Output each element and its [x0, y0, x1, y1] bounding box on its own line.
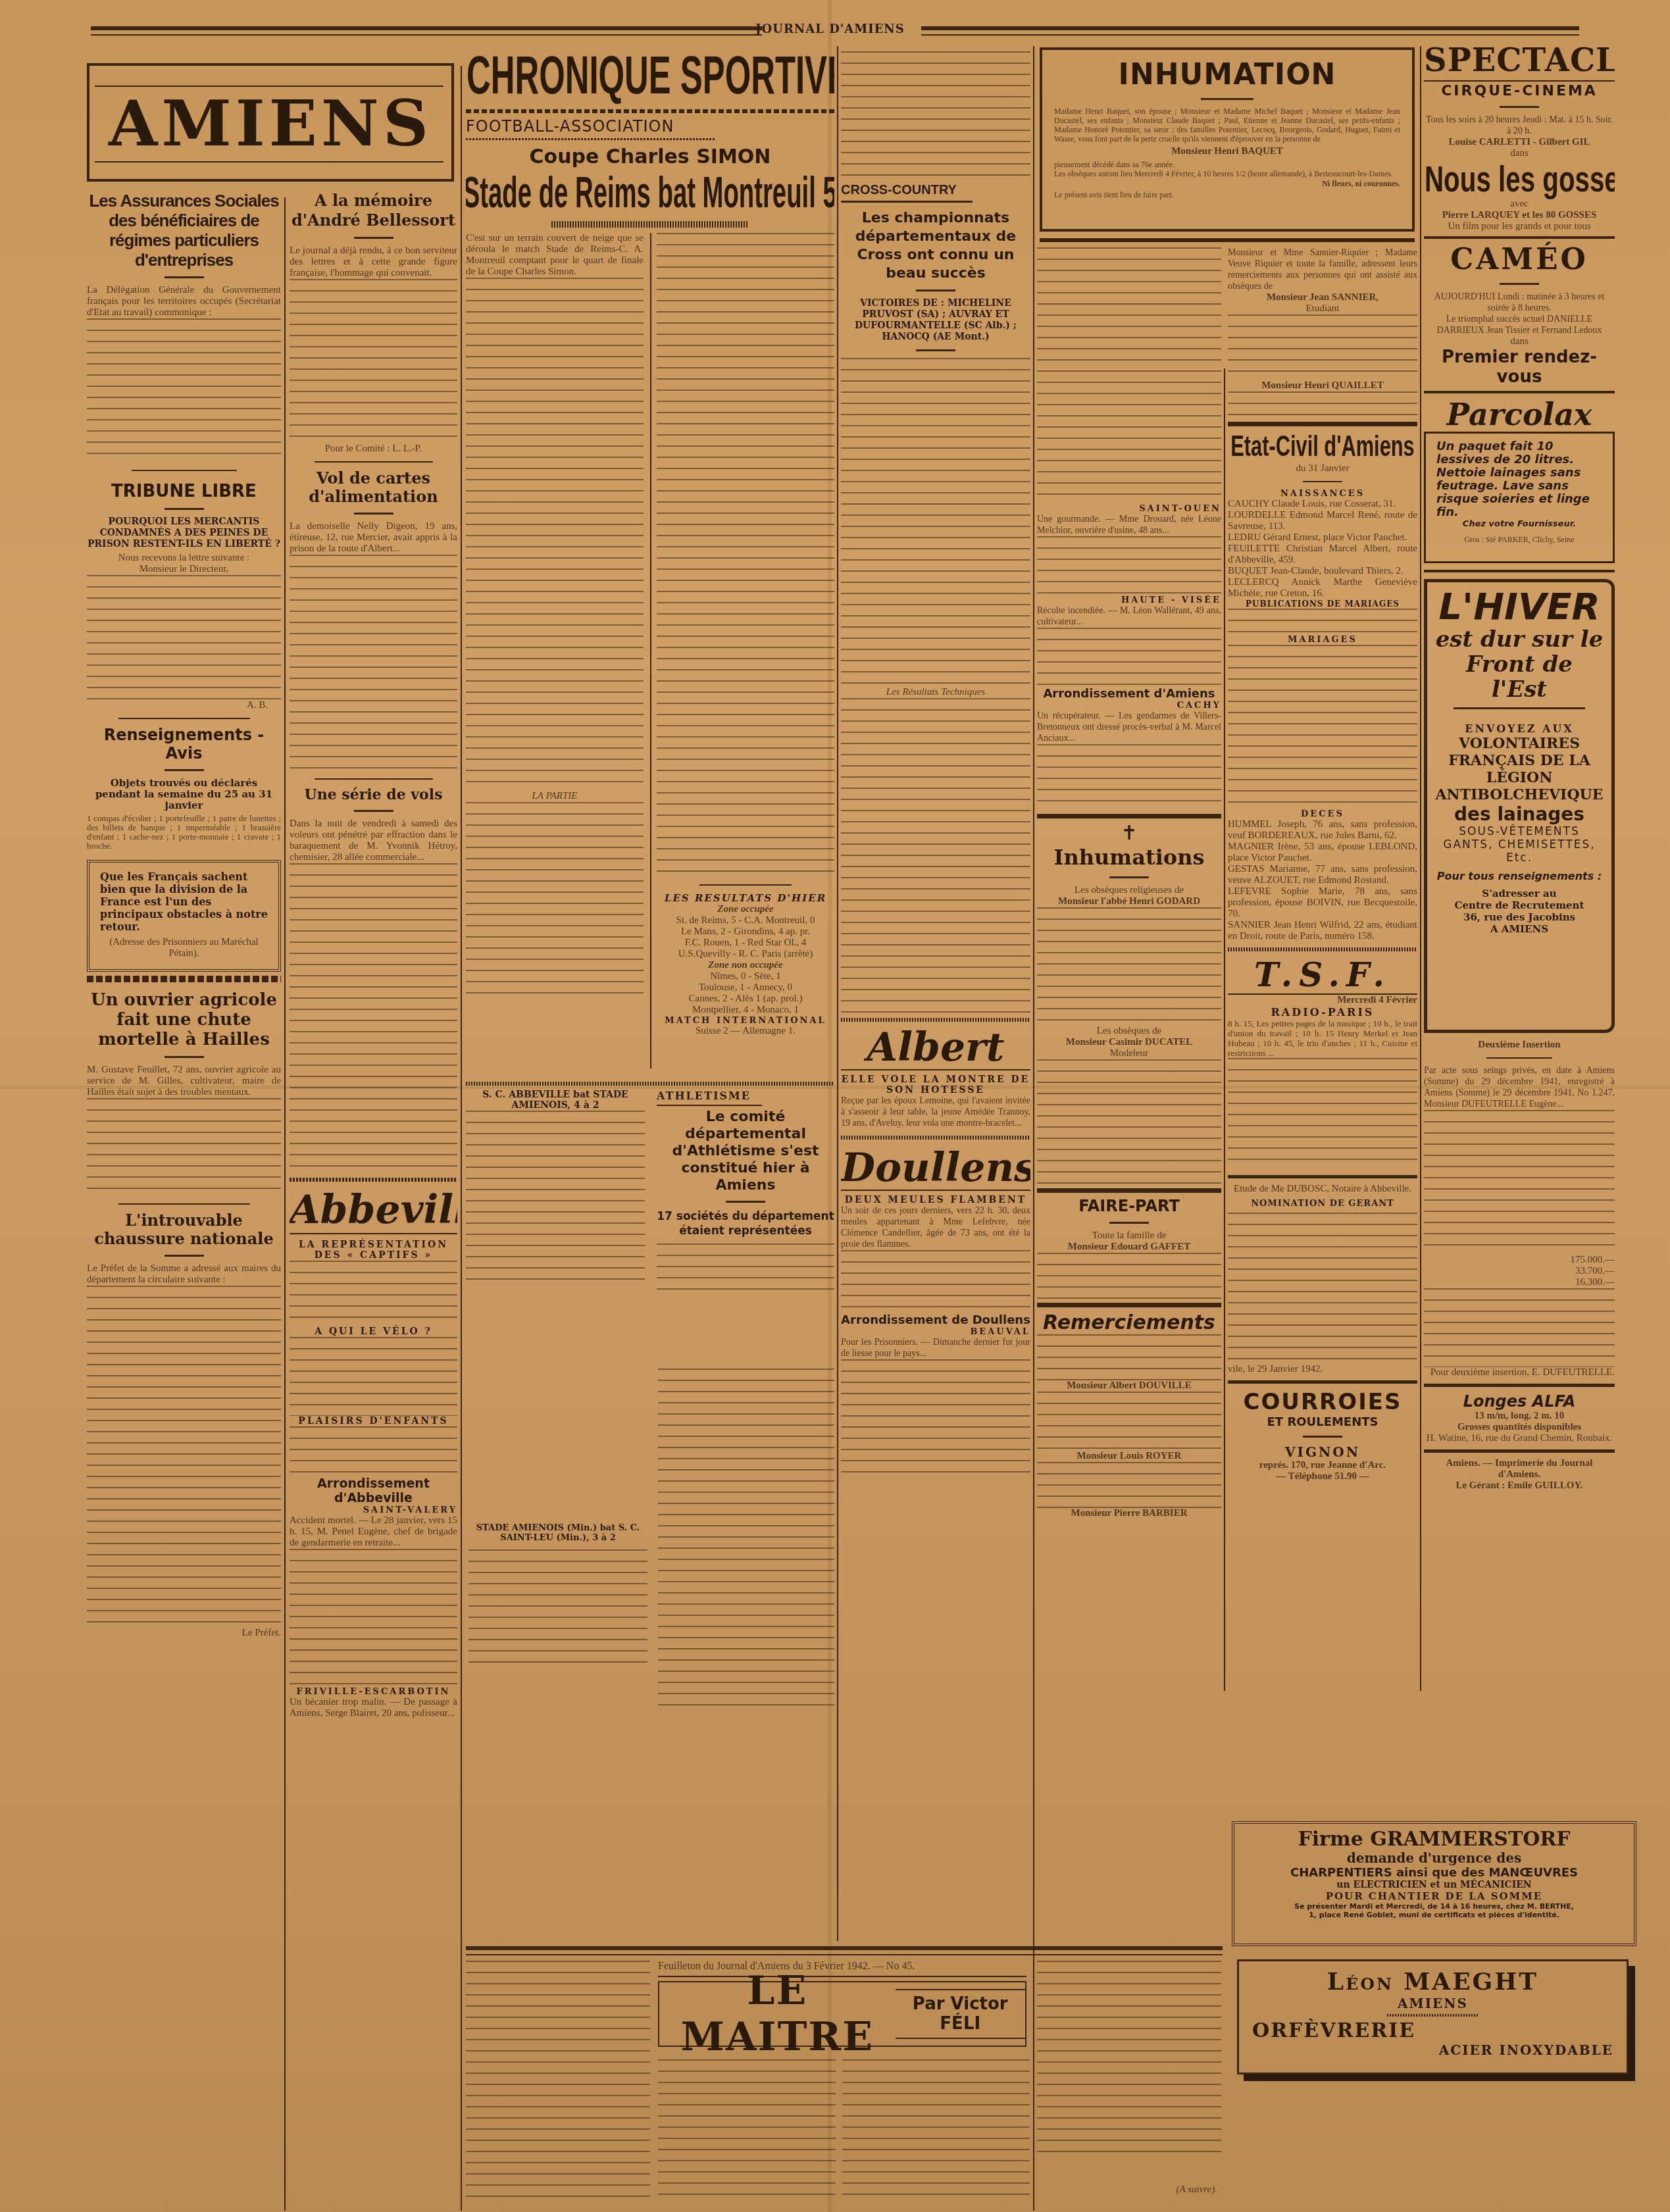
- article-body: [290, 555, 457, 772]
- birth-entry: LECLERCQ Annick Marthe Geneviève Michèle…: [1228, 577, 1417, 599]
- subheadline: 17 sociétés du département étaient repré…: [657, 1209, 834, 1238]
- column-spectacles: SPECTACLES CIRQUE-CINEMA Tous les soirs …: [1424, 42, 1615, 1694]
- article-text: Monsieur le Directeur,: [87, 564, 281, 575]
- notice-body: [1037, 1462, 1221, 1508]
- column-rule: [1420, 46, 1421, 1691]
- notice-body: [1037, 1392, 1221, 1451]
- result-row: St. de Reims, 5 - C.A. Montreuil, 0: [657, 915, 834, 926]
- cup-name: Coupe Charles SIMON: [466, 145, 834, 168]
- column-cross: CROSS-COUNTRY Les championnats départeme…: [841, 51, 1030, 1762]
- article-body: [658, 1369, 834, 1711]
- headline: POURQUOI LES MERCANTIS CONDAMNÉS A DES P…: [87, 516, 281, 550]
- column-rule: [1224, 368, 1225, 1691]
- program: 8 h. 15, Les petites pages de la musique…: [1228, 1018, 1417, 1058]
- article-lead: C'est sur un terrain couvert de neige qu…: [466, 233, 644, 278]
- article-body: [466, 278, 644, 791]
- marriages-list: [1228, 645, 1417, 809]
- article-lead: La demoiselle Nelly Digeon, 19 ans, étir…: [290, 521, 457, 555]
- article-body: [657, 1244, 834, 1290]
- quote-source: (Adresse des Prisonniers au Maréchal Pét…: [100, 937, 268, 959]
- results-title: LES RESULTATS D'HIER: [657, 892, 834, 904]
- results-list: St. de Reims, 5 - C.A. Montreuil, 0Le Ma…: [657, 915, 834, 960]
- death-entry: LEFEVRE Sophie Marie, 78 ans, sans profe…: [1228, 886, 1417, 920]
- column-5: SAINT-OUEN Une gourmande. — Mme Drouard,…: [1037, 247, 1221, 1695]
- section-heading: Arrondissement d'Amiens: [1037, 687, 1221, 701]
- parcolax-ad: Un paquet fait 10 lessives de 20 litres.…: [1424, 432, 1615, 563]
- headline: A la mémoire d'André Bellessort: [290, 191, 457, 230]
- notice-body: [1228, 1213, 1417, 1364]
- result-row: Nîmes, 0 - Sète, 1: [657, 971, 834, 982]
- article-body: [87, 1286, 281, 1628]
- article-lead: Dans la nuit de vendredi à samedi des vo…: [290, 818, 457, 863]
- article-body: [290, 1426, 457, 1472]
- subheading: LA REPRÉSENTATION DES « CAPTIFS »: [290, 1240, 457, 1261]
- section-title: Doullens: [841, 1146, 1030, 1190]
- deaths-list: HUMMEL Joseph, 76 ans, sans profession, …: [1228, 819, 1417, 942]
- headline: Les Assurances Sociales des bénéficiaire…: [87, 191, 281, 270]
- section-title: CHRONIQUE SPORTIVE: [467, 46, 834, 105]
- birth-entry: LEDRU Gérard Ernest, place Victor Pauche…: [1228, 532, 1417, 543]
- article-lead: Un soir de ces jours derniers, vers 22 h…: [841, 1205, 1030, 1250]
- birth-entry: FEUILETTE Christian Marcel Albert, route…: [1228, 543, 1417, 566]
- section-title: T.S.F.: [1228, 957, 1417, 993]
- section-heading: Arrondissement de Doullens: [841, 1313, 1030, 1327]
- article-body: [658, 2059, 836, 2204]
- column-rule: [284, 197, 286, 2211]
- feuilleton-header: Feuilleton du Journal d'Amiens du 3 Févr…: [658, 1961, 1026, 2047]
- section-title: Etat-Civil d'Amiens: [1230, 430, 1415, 463]
- ad-title: L'HIVER: [1435, 588, 1604, 627]
- column-rule: [837, 46, 838, 1941]
- notice-title: INHUMATION: [1054, 58, 1400, 91]
- results-body: [841, 698, 1030, 1014]
- amiens-banner: AMIENS: [87, 63, 454, 182]
- headline: Un ouvrier agricole fait une chute morte…: [87, 990, 281, 1049]
- article-body: [87, 1098, 281, 1197]
- article-body: [290, 1261, 457, 1326]
- subheading: LA PARTIE: [466, 791, 644, 802]
- found-items: 1 compas d'écolier ; 1 portefeuille ; 1 …: [87, 814, 281, 851]
- match-result: S. C. ABBEVILLE bat STADE AMIENOIS, 4 à …: [466, 1090, 645, 1111]
- article-body: [466, 1111, 645, 1290]
- headline: Stade de Reims bat Montreuil 5 à 0: [466, 168, 834, 216]
- signature: Le Préfet.: [87, 1628, 281, 1639]
- article-body: [1037, 1961, 1221, 2158]
- results-title: MATCH INTERNATIONAL: [657, 1016, 834, 1026]
- saintleu-result: STADE AMIENOIS (Min.) bat S. C. SAINT-LE…: [468, 1523, 647, 1668]
- notice-body: [1037, 1334, 1221, 1380]
- section-title: Albert: [841, 1026, 1030, 1069]
- section-title: Inhumations: [1037, 845, 1221, 870]
- place-name: SAINT-VALERY: [290, 1505, 457, 1515]
- article-body: [468, 1549, 647, 1668]
- section-title: AMIENS: [89, 91, 451, 157]
- article-body: [466, 1961, 650, 2198]
- ad-title: COURROIES: [1228, 1389, 1417, 1415]
- subheading: A QUI LE VÉLO ?: [290, 1326, 457, 1337]
- article-body: [1037, 247, 1221, 504]
- article-lead: Reçue par les époux Lemoine, qui l'avaie…: [841, 1095, 1030, 1129]
- subheading: Objets trouvés ou déclarés pendant la se…: [87, 778, 281, 811]
- result: Suisse 2 — Allemagne 1.: [657, 1026, 834, 1037]
- article-lead: Le journal a déjà rendu, à ce bon servit…: [290, 245, 457, 279]
- notice-body: [1424, 1110, 1615, 1255]
- article-body: [842, 2059, 1030, 2204]
- article-body: [290, 1337, 457, 1416]
- ad-title: Longes ALFA: [1424, 1392, 1615, 1411]
- station-name: RADIO-PARIS: [1228, 1006, 1417, 1018]
- film-title: Nous les gosses: [1425, 159, 1614, 199]
- place-name: FRIVILLE-ESCARBOTIN: [290, 1687, 457, 1697]
- headline: Une série de vols: [290, 786, 457, 803]
- article-body: [290, 1549, 457, 1687]
- zone-label: Zone occupée: [657, 904, 834, 915]
- place-name: BEAUVAL: [841, 1327, 1030, 1337]
- headline: ELLE VOLE LA MONTRE DE SON HOTESSE: [841, 1074, 1030, 1095]
- ad-title: Léon MAEGHT: [1252, 1968, 1613, 1996]
- winners: VICTOIRES DE : MICHELINE PRUVOST (SA) ; …: [841, 298, 1030, 343]
- article-lead: Un récupérateur. — Les gendarmes de Vill…: [1037, 711, 1221, 744]
- notice-title: Deuxième Insertion: [1424, 1040, 1615, 1051]
- section-title: SPECTACLES: [1424, 42, 1615, 79]
- article-body: [657, 233, 834, 878]
- column-rule: [1033, 46, 1034, 2211]
- article-lead: Accident mortel. — Le 28 janvier, vers 1…: [290, 1515, 457, 1549]
- headline: L'introuvable chaussure nationale: [87, 1211, 281, 1248]
- subheading: Les Résultats Techniques: [841, 687, 1030, 698]
- article-body: [841, 358, 1030, 687]
- top-rule: [91, 34, 762, 36]
- subsection-label: CROSS-COUNTRY: [841, 183, 1030, 198]
- article-body: [87, 318, 281, 463]
- deceased-name: Monsieur Pierre BARBIER: [1037, 1508, 1221, 1519]
- subsection-label: FOOTBALL-ASSOCIATION: [466, 117, 834, 136]
- feuilleton-col-1: [466, 1961, 650, 2211]
- article-lead: M. Gustave Feuillet, 72 ans, ouvrier agr…: [87, 1065, 281, 1098]
- result-row: U.S.Quevilly - R. C. Paris (arrêté): [657, 949, 834, 960]
- death-entry: SANNIER Jean Henri Wilfrid, 22 ans, étud…: [1228, 920, 1417, 942]
- article-body: [841, 1250, 1030, 1309]
- zone-label: Zone non occupée: [657, 960, 834, 971]
- notice-body: [1037, 1059, 1221, 1184]
- cross-icon: ✝: [1037, 822, 1221, 845]
- article-lead: Un bécanier trop malin. — De passage à A…: [290, 1697, 457, 1719]
- deceased-name: Monsieur Casimir DUCATEL: [1037, 1037, 1221, 1048]
- notice-body: [1037, 1253, 1221, 1299]
- article-body: [290, 279, 457, 443]
- signature: Pour le Comité : L. L.-P.: [290, 443, 457, 455]
- column-2: A la mémoire d'André Bellessort Le journ…: [290, 191, 457, 2204]
- film-title: Premier rendez-vous: [1424, 347, 1615, 387]
- death-entry: HUMMEL Joseph, 76 ans, sans profession, …: [1228, 819, 1417, 842]
- section-heading: Arrondissement d'Abbeville: [290, 1476, 457, 1505]
- section-heading: Renseignements - Avis: [87, 726, 281, 763]
- headline: Les championnats départementaux de Cross…: [841, 209, 1030, 283]
- amount: 16.300.—: [1424, 1277, 1615, 1288]
- article-body: [466, 802, 644, 999]
- result-row: Cannes, 2 - Alès 1 (ap. prol.): [657, 993, 834, 1005]
- article-body: [87, 575, 281, 700]
- notice-text: Madame Henri Baquet, son épouse ; Monsie…: [1054, 107, 1400, 143]
- headline: DEUX MEULES FLAMBENT: [841, 1195, 1030, 1205]
- article-lead: Le Préfet de la Somme a adressé aux mair…: [87, 1263, 281, 1286]
- place-name: HAUTE - VISÉE: [1037, 595, 1221, 605]
- article-body: [290, 863, 457, 1172]
- birth-entry: LOURDELLE Edmond Marcel René, route de S…: [1228, 510, 1417, 532]
- signature: A. B.: [87, 700, 281, 711]
- deceased-name: Monsieur Jean SANNIER,: [1228, 292, 1417, 303]
- to-be-continued: (A suivre).: [1119, 2184, 1217, 2196]
- section-title: Abbeville: [290, 1187, 457, 1233]
- place-name: SAINT-OUEN: [1037, 504, 1221, 514]
- column-rule: [461, 66, 462, 2211]
- article-body: [841, 51, 1030, 183]
- grammerstorf-ad: Firme GRAMMERSTORF demande d'urgence des…: [1232, 1821, 1636, 1946]
- deceased-name: Monsieur Albert DOUVILLE: [1037, 1380, 1221, 1392]
- column-6: Monsieur et Mme Sannier-Riquier ; Madame…: [1228, 247, 1417, 1695]
- brand-logo: Parcolax: [1424, 397, 1615, 432]
- subsection-label: ATHLETISME: [657, 1090, 834, 1102]
- article-body: [1037, 536, 1221, 595]
- article-lead: Pour les Prisonniers. — Dimanche dernier…: [841, 1337, 1030, 1359]
- amount: 175.000.—: [1424, 1255, 1615, 1266]
- headline: Vol de cartes d'alimentation: [290, 469, 457, 506]
- top-rule: [91, 26, 762, 30]
- inhumation-notice: INHUMATION Madame Henri Baquet, son épou…: [1040, 47, 1415, 232]
- results-list: Nîmes, 0 - Sète, 1Toulouse, 1 - Annecy, …: [657, 971, 834, 1016]
- death-entry: MAGNIER Irène, 53 ans, épouse LEBLOND, p…: [1228, 842, 1417, 864]
- article-text: Nous recevons la lettre suivante :: [87, 553, 281, 564]
- article-lead: Récolte incendiée. — M. Léon Wallérant, …: [1037, 605, 1221, 628]
- serial-title: LE MAITRE: [659, 1968, 896, 2060]
- result-row: Montpellier, 4 - Monaco, 1: [657, 1005, 834, 1016]
- article-body: [1037, 628, 1221, 687]
- imprint: Le Gérant : Emile GUILLOY.: [1424, 1480, 1615, 1492]
- notice-body: [1037, 907, 1221, 1026]
- imprint: Amiens. — Imprimerie du Journal d'Amiens…: [1424, 1458, 1615, 1480]
- section-title: Remerciements: [1037, 1311, 1221, 1334]
- venue-name: CAMÉO: [1424, 243, 1615, 276]
- article-lead: Une gourmande. — Mme Drouard, née Léone …: [1037, 514, 1221, 536]
- result-row: Le Mans, 2 - Girondins, 4 ap. pr.: [657, 926, 834, 938]
- masthead: JOURNAL D'AMIENS: [755, 22, 905, 36]
- amount: 33.700.—: [1424, 1266, 1615, 1277]
- feuilleton-title-box: LE MAITRE Par Victor FÉLI: [658, 1981, 1026, 2047]
- births-list: CAUCHY Claude Louis, rue Cosserat, 31.LO…: [1228, 499, 1417, 599]
- maeght-ad: Léon MAEGHT AMIENS ORFÈVRERIE ACIER INOX…: [1237, 1959, 1629, 2074]
- notice-body: [1228, 391, 1417, 418]
- result-row: F.C. Rouen, 1 - Red Star Ol., 4: [657, 938, 834, 949]
- top-rule: [921, 34, 1579, 36]
- legion-ad: L'HIVER est dur sur le Front de l'Est EN…: [1424, 579, 1615, 1033]
- author: Par Victor FÉLI: [896, 1989, 1026, 2039]
- headline: Le comité départemental d'Athlétisme s'e…: [657, 1109, 834, 1194]
- deceased-name: Monsieur l'abbé Henri GODARD: [1037, 896, 1221, 907]
- birth-entry: CAUCHY Claude Louis, rue Cosserat, 31.: [1228, 499, 1417, 510]
- notice-body: [1228, 314, 1417, 380]
- result-row: Toulouse, 1 - Annecy, 0: [657, 982, 834, 993]
- quote-box: Que les Français sachent bien que la div…: [87, 860, 281, 972]
- venue-name: CIRQUE-CINEMA: [1424, 83, 1615, 99]
- quote-text: Que les Français sachent bien que la div…: [100, 870, 268, 933]
- article-body: [1037, 744, 1221, 810]
- section-heading: TRIBUNE LIBRE: [87, 482, 281, 501]
- place-name: CACHY: [1037, 701, 1221, 711]
- section-title: FAIRE-PART: [1037, 1197, 1221, 1215]
- deceased-name: Monsieur Edouard GAFFET: [1037, 1242, 1221, 1253]
- subheading: PLAISIRS D'ENFANTS: [290, 1416, 457, 1426]
- notice-body: [1424, 1288, 1615, 1367]
- deceased-name: Monsieur Henri BAQUET: [1054, 146, 1400, 157]
- deceased-name: Monsieur Louis ROYER: [1037, 1451, 1221, 1462]
- column-1: Les Assurances Sociales des bénéficiaire…: [87, 191, 281, 2204]
- sports-section: CHRONIQUE SPORTIVE FOOTBALL-ASSOCIATION …: [466, 46, 834, 1290]
- top-rule: [921, 26, 1579, 30]
- death-entry: GESTAS Marianne, 77 ans, sans profession…: [1228, 864, 1417, 886]
- deceased-name: Monsieur Henri QUAILLET: [1228, 380, 1417, 391]
- article-body: [841, 1359, 1030, 1478]
- birth-entry: BUQUET Jean-Claude, boulevard Thiers, 2.: [1228, 566, 1417, 577]
- article-lead: La Délégation Générale du Gouvernement f…: [87, 285, 281, 318]
